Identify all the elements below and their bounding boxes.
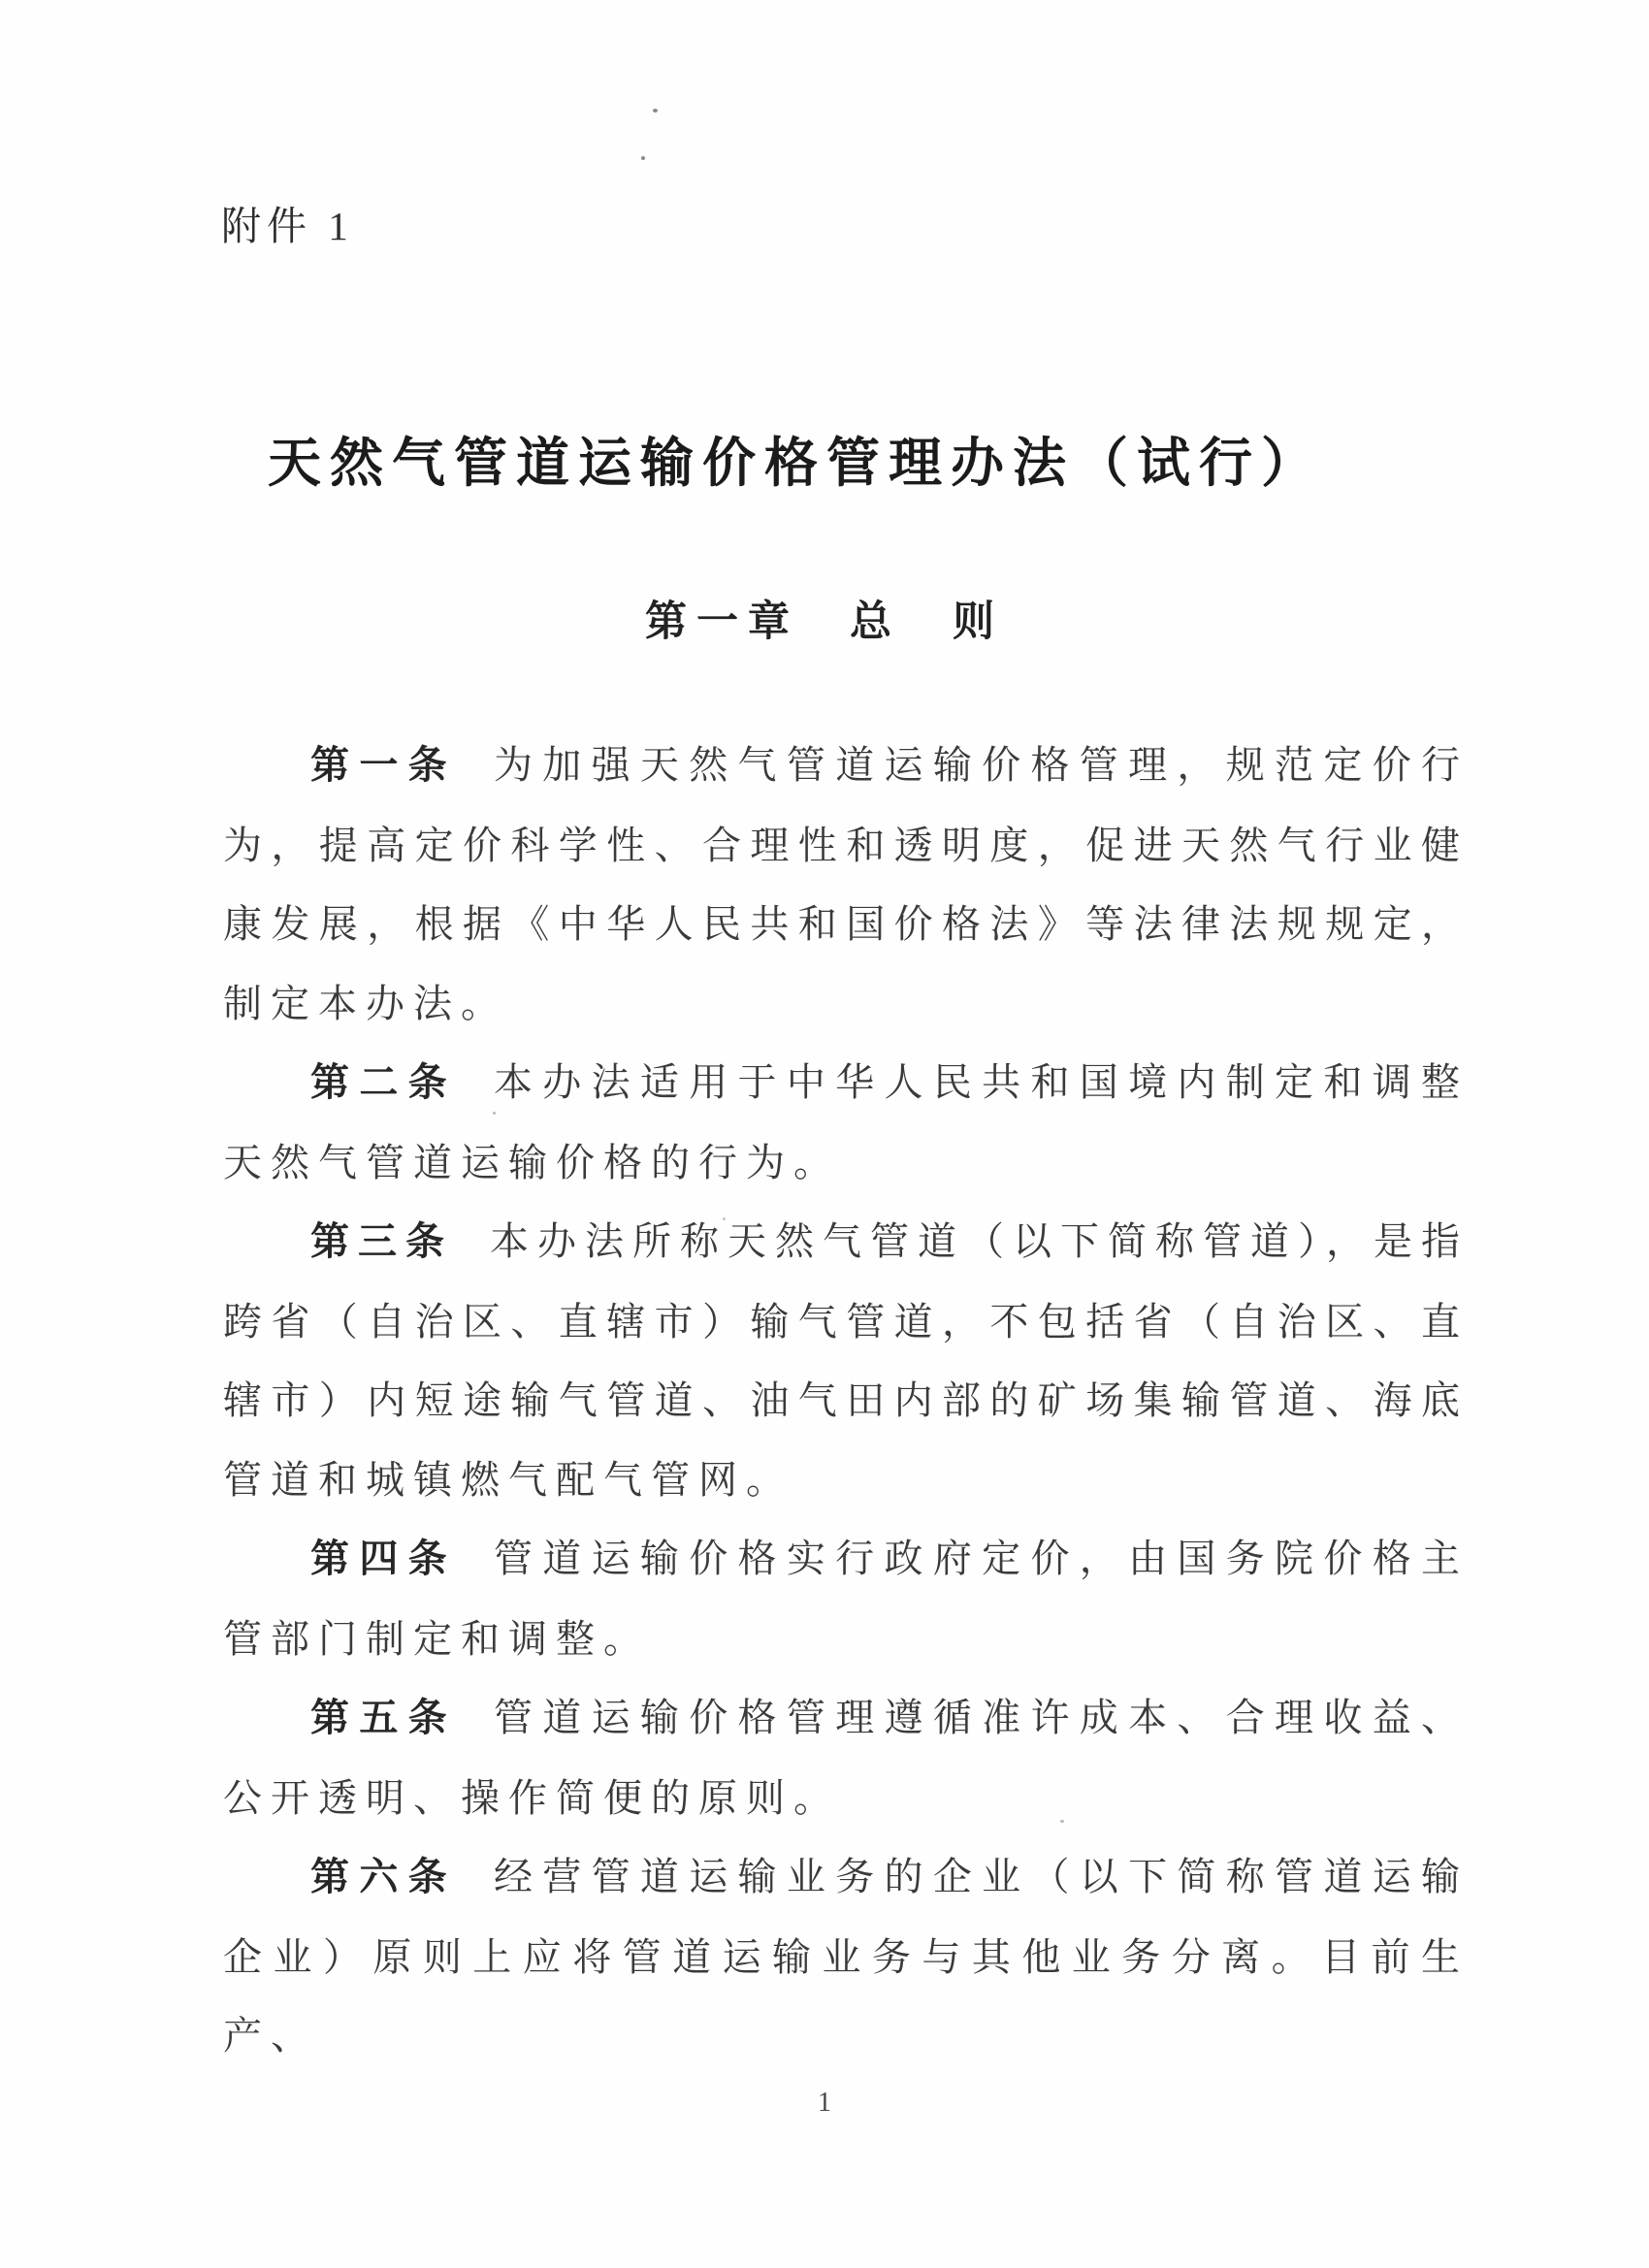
chapter-heading: 第一章总 则 — [0, 598, 1649, 648]
article-2-number: 第二条 — [310, 1061, 457, 1104]
article-4-number: 第四条 — [310, 1538, 457, 1580]
article-5-number: 第五条 — [310, 1697, 457, 1739]
chapter-title: 总 则 — [850, 599, 1004, 645]
article-6-paragraph: 第六条经营管道运输业务的企业（以下简称管道运输企业）原则上应将管道运输业务与其他… — [223, 1837, 1469, 2076]
attachment-label: 附件 1 — [221, 194, 354, 251]
article-5-paragraph: 第五条管道运输价格管理遵循准许成本、合理收益、公开透明、操作简便的原则。 — [223, 1678, 1469, 1837]
scan-speck — [653, 109, 658, 113]
document-body: 第一条为加强天然气管道运输价格管理，规范定价行为，提高定价科学性、合理性和透明度… — [223, 726, 1469, 2076]
article-6-number: 第六条 — [310, 1856, 457, 1898]
scan-speck — [493, 1112, 496, 1115]
article-1-paragraph: 第一条为加强天然气管道运输价格管理，规范定价行为，提高定价科学性、合理性和透明度… — [223, 726, 1469, 1043]
scan-speck — [641, 156, 645, 160]
document-page: 附件 1 天然气管道运输价格管理办法（试行） 第一章总 则 第一条为加强天然气管… — [0, 0, 1649, 2268]
article-2-paragraph: 第二条本办法适用于中华人民共和国境内制定和调整天然气管道运输价格的行为。 — [223, 1043, 1469, 1202]
article-4-paragraph: 第四条管道运输价格实行政府定价，由国务院价格主管部门制定和调整。 — [223, 1519, 1469, 1678]
article-1-number: 第一条 — [310, 744, 457, 787]
page-number: 1 — [0, 2088, 1649, 2119]
document-title: 天然气管道运输价格管理办法（试行） — [0, 431, 1591, 495]
scan-speck — [1060, 1820, 1064, 1823]
article-3-number: 第三条 — [310, 1220, 453, 1263]
chapter-number: 第一章 — [645, 599, 799, 645]
article-3-paragraph: 第三条本办法所称天然气管道（以下简称管道），是指跨省（自治区、直辖市）输气管道，… — [223, 1202, 1469, 1519]
scan-speck — [723, 1217, 726, 1220]
